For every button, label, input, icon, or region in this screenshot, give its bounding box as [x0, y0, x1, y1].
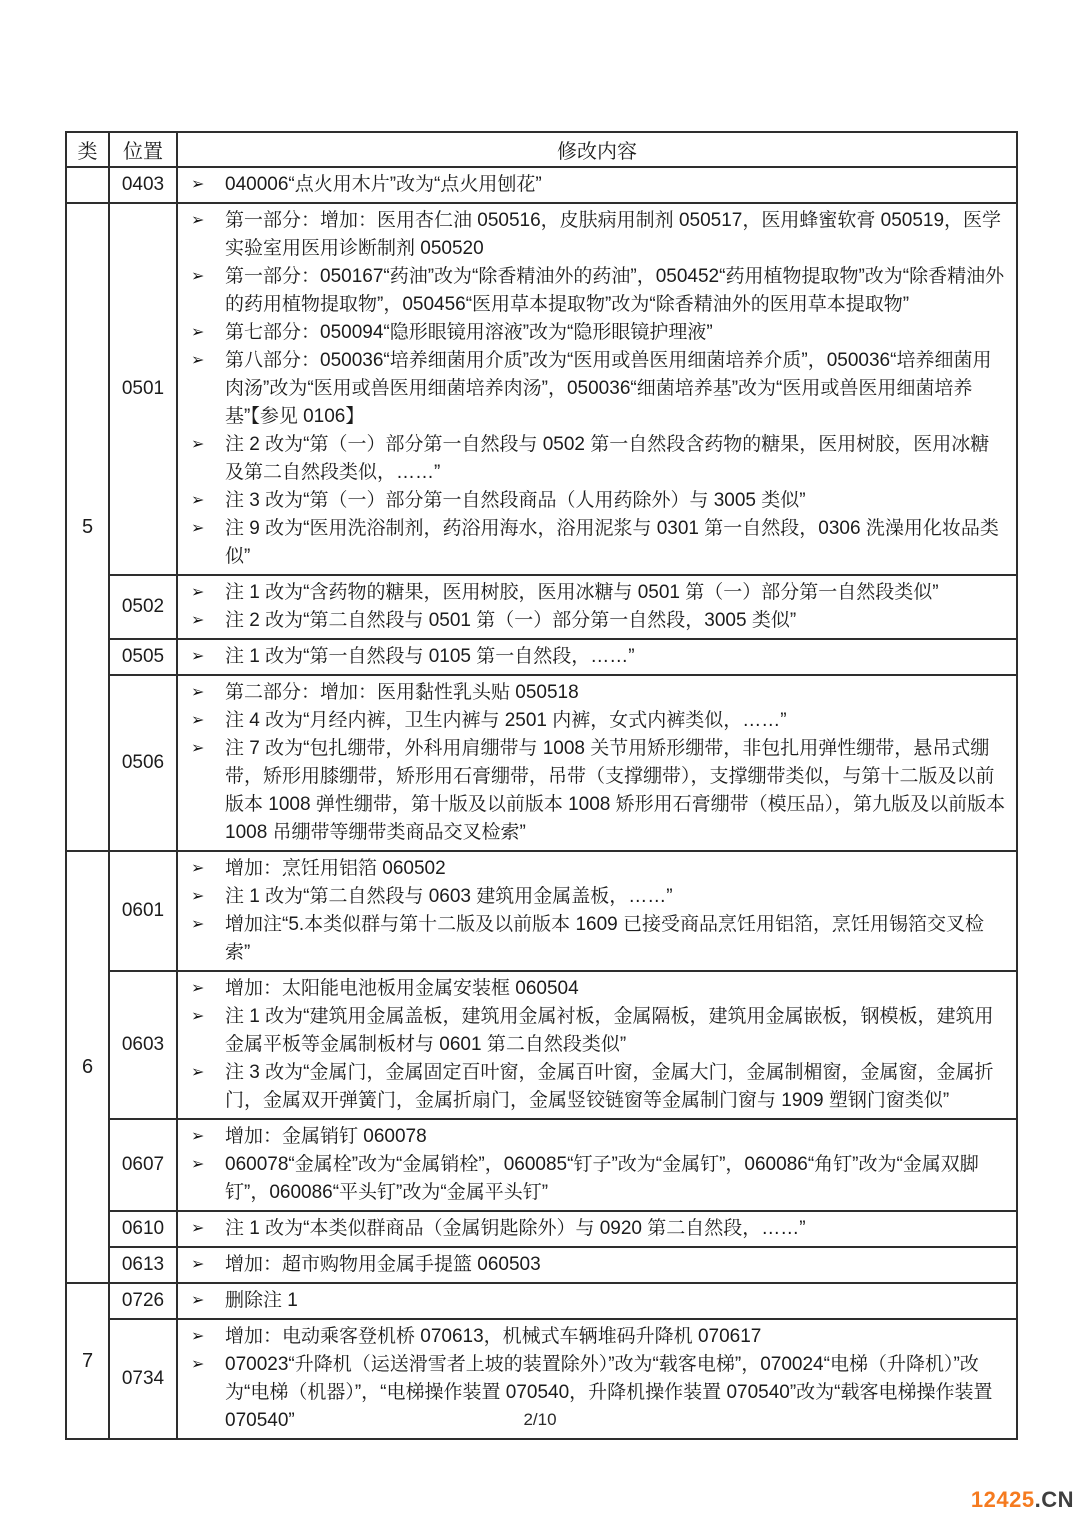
arrow-bullet-icon: ➢ [178, 431, 225, 459]
change-text: 040006“点火用木片”改为“点火用刨花” [225, 171, 1008, 199]
table-row: 50501➢第一部分：增加：医用杏仁油 050516，皮肤病用制剂 050517… [66, 203, 1017, 575]
change-item: ➢040006“点火用木片”改为“点火用刨花” [178, 171, 1008, 199]
change-item: ➢第七部分：050094“隐形眼镜用溶液”改为“隐形眼镜护理液” [178, 319, 1008, 347]
content-cell: ➢注 1 改为“本类似群商品（金属钥匙除外）与 0920 第二自然段，……” [177, 1211, 1017, 1247]
position-cell: 0613 [109, 1247, 177, 1283]
position-cell: 0603 [109, 971, 177, 1119]
change-item: ➢第一部分：增加：医用杏仁油 050516，皮肤病用制剂 050517，医用蜂蜜… [178, 207, 1008, 263]
arrow-bullet-icon: ➢ [178, 679, 225, 707]
change-item: ➢注 2 改为“第二自然段与 0501 第（一）部分第一自然段，3005 类似” [178, 607, 1008, 635]
change-text: 增加：电动乘客登机桥 070613，机械式车辆堆码升降机 070617 [225, 1323, 1008, 1351]
changes-table: 类 位置 修改内容 0403➢040006“点火用木片”改为“点火用刨花”505… [65, 131, 1018, 1440]
change-item: ➢增加：超市购物用金属手提篮 060503 [178, 1251, 1008, 1279]
header-class: 类 [66, 132, 109, 167]
change-text: 注 7 改为“包扎绷带，外科用肩绷带与 1008 关节用矫形绷带，非包扎用弹性绷… [225, 735, 1008, 847]
content-cell: ➢注 1 改为“含药物的糖果，医用树胶，医用冰糖与 0501 第（一）部分第一自… [177, 575, 1017, 639]
change-text: 注 1 改为“第二自然段与 0603 建筑用金属盖板，……” [225, 883, 1008, 911]
arrow-bullet-icon: ➢ [178, 171, 225, 199]
change-text: 注 1 改为“本类似群商品（金属钥匙除外）与 0920 第二自然段，……” [225, 1215, 1008, 1243]
position-cell: 0403 [109, 167, 177, 203]
arrow-bullet-icon: ➢ [178, 347, 225, 375]
change-text: 增加：金属销钉 060078 [225, 1123, 1008, 1151]
position-cell: 0502 [109, 575, 177, 639]
header-position: 位置 [109, 132, 177, 167]
position-cell: 0610 [109, 1211, 177, 1247]
arrow-bullet-icon: ➢ [178, 911, 225, 939]
change-text: 增加注“5.本类似群与第十二版及以前版本 1609 已接受商品烹饪用铝箔，烹饪用… [225, 911, 1008, 967]
change-text: 增加：太阳能电池板用金属安装框 060504 [225, 975, 1008, 1003]
table-row: 60601➢增加：烹饪用铝箔 060502➢注 1 改为“第二自然段与 0603… [66, 851, 1017, 971]
change-text: 第七部分：050094“隐形眼镜用溶液”改为“隐形眼镜护理液” [225, 319, 1008, 347]
position-cell: 0506 [109, 675, 177, 851]
change-item: ➢注 2 改为“第（一）部分第一自然段与 0502 第一自然段含药物的糖果，医用… [178, 431, 1008, 487]
position-cell: 0601 [109, 851, 177, 971]
change-text: 注 2 改为“第二自然段与 0501 第（一）部分第一自然段，3005 类似” [225, 607, 1008, 635]
change-item: ➢第一部分：050167“药油”改为“除香精油外的药油”，050452“药用植物… [178, 263, 1008, 319]
arrow-bullet-icon: ➢ [178, 1003, 225, 1031]
change-text: 注 2 改为“第（一）部分第一自然段与 0502 第一自然段含药物的糖果，医用树… [225, 431, 1008, 487]
change-text: 第一部分：增加：医用杏仁油 050516，皮肤病用制剂 050517，医用蜂蜜软… [225, 207, 1008, 263]
change-item: ➢注 3 改为“金属门，金属固定百叶窗，金属百叶窗，金属大门，金属制楣窗，金属窗… [178, 1059, 1008, 1115]
arrow-bullet-icon: ➢ [178, 1123, 225, 1151]
change-item: ➢增加：烹饪用铝箔 060502 [178, 855, 1008, 883]
content-cell: ➢注 1 改为“第一自然段与 0105 第一自然段，……” [177, 639, 1017, 675]
header-row: 类 位置 修改内容 [66, 132, 1017, 167]
change-text: 注 4 改为“月经内裤，卫生内裤与 2501 内裤，女式内裤类似，……” [225, 707, 1008, 735]
change-item: ➢注 1 改为“第二自然段与 0603 建筑用金属盖板，……” [178, 883, 1008, 911]
change-item: ➢第二部分：增加：医用黏性乳头贴 050518 [178, 679, 1008, 707]
table-row: 0607➢增加：金属销钉 060078➢060078“金属栓”改为“金属销栓”，… [66, 1119, 1017, 1211]
change-item: ➢第八部分：050036“培养细菌用介质”改为“医用或兽医用细菌培养介质”，05… [178, 347, 1008, 431]
arrow-bullet-icon: ➢ [178, 883, 225, 911]
table-body: 0403➢040006“点火用木片”改为“点火用刨花”50501➢第一部分：增加… [66, 167, 1017, 1439]
change-item: ➢注 1 改为“建筑用金属盖板，建筑用金属衬板，金属隔板，建筑用金属嵌板，钢模板… [178, 1003, 1008, 1059]
class-cell: 5 [66, 203, 109, 851]
arrow-bullet-icon: ➢ [178, 735, 225, 763]
content-cell: ➢增加：烹饪用铝箔 060502➢注 1 改为“第二自然段与 0603 建筑用金… [177, 851, 1017, 971]
position-cell: 0607 [109, 1119, 177, 1211]
arrow-bullet-icon: ➢ [178, 319, 225, 347]
change-item: ➢注 1 改为“本类似群商品（金属钥匙除外）与 0920 第二自然段，……” [178, 1215, 1008, 1243]
change-item: ➢注 1 改为“第一自然段与 0105 第一自然段，……” [178, 643, 1008, 671]
change-text: 第二部分：增加：医用黏性乳头贴 050518 [225, 679, 1008, 707]
change-text: 注 1 改为“建筑用金属盖板，建筑用金属衬板，金属隔板，建筑用金属嵌板，钢模板，… [225, 1003, 1008, 1059]
change-text: 删除注 1 [225, 1287, 1008, 1315]
change-text: 注 9 改为“医用洗浴制剂，药浴用海水，浴用泥浆与 0301 第一自然段，030… [225, 515, 1008, 571]
change-text: 060078“金属栓”改为“金属销栓”，060085“钉子”改为“金属钉”，06… [225, 1151, 1008, 1207]
arrow-bullet-icon: ➢ [178, 263, 225, 291]
change-item: ➢增加注“5.本类似群与第十二版及以前版本 1609 已接受商品烹饪用铝箔，烹饪… [178, 911, 1008, 967]
arrow-bullet-icon: ➢ [178, 607, 225, 635]
change-text: 增加：烹饪用铝箔 060502 [225, 855, 1008, 883]
arrow-bullet-icon: ➢ [178, 487, 225, 515]
change-text: 注 3 改为“金属门，金属固定百叶窗，金属百叶窗，金属大门，金属制楣窗，金属窗，… [225, 1059, 1008, 1115]
table-row: 0403➢040006“点火用木片”改为“点火用刨花” [66, 167, 1017, 203]
change-text: 注 1 改为“第一自然段与 0105 第一自然段，……” [225, 643, 1008, 671]
arrow-bullet-icon: ➢ [178, 207, 225, 235]
content-cell: ➢增加：太阳能电池板用金属安装框 060504➢注 1 改为“建筑用金属盖板，建… [177, 971, 1017, 1119]
content-cell: ➢增加：金属销钉 060078➢060078“金属栓”改为“金属销栓”，0600… [177, 1119, 1017, 1211]
arrow-bullet-icon: ➢ [178, 975, 225, 1003]
table-row: 0505➢注 1 改为“第一自然段与 0105 第一自然段，……” [66, 639, 1017, 675]
content-cell: ➢040006“点火用木片”改为“点火用刨花” [177, 167, 1017, 203]
change-text: 第八部分：050036“培养细菌用介质”改为“医用或兽医用细菌培养介质”，050… [225, 347, 1008, 431]
change-item: ➢注 3 改为“第（一）部分第一自然段商品（人用药除外）与 3005 类似” [178, 487, 1008, 515]
change-text: 注 3 改为“第（一）部分第一自然段商品（人用药除外）与 3005 类似” [225, 487, 1008, 515]
position-cell: 0505 [109, 639, 177, 675]
arrow-bullet-icon: ➢ [178, 1287, 225, 1315]
watermark-number: 12425 [971, 1487, 1035, 1512]
change-item: ➢增加：电动乘客登机桥 070613，机械式车辆堆码升降机 070617 [178, 1323, 1008, 1351]
arrow-bullet-icon: ➢ [178, 579, 225, 607]
class-cell: 6 [66, 851, 109, 1283]
change-text: 增加：超市购物用金属手提篮 060503 [225, 1251, 1008, 1279]
arrow-bullet-icon: ➢ [178, 1251, 225, 1279]
content-cell: ➢第一部分：增加：医用杏仁油 050516，皮肤病用制剂 050517，医用蜂蜜… [177, 203, 1017, 575]
arrow-bullet-icon: ➢ [178, 1215, 225, 1243]
table-row: 0506➢第二部分：增加：医用黏性乳头贴 050518➢注 4 改为“月经内裤，… [66, 675, 1017, 851]
arrow-bullet-icon: ➢ [178, 1323, 225, 1351]
table-row: 70726➢删除注 1 [66, 1283, 1017, 1319]
arrow-bullet-icon: ➢ [178, 1059, 225, 1087]
change-item: ➢060078“金属栓”改为“金属销栓”，060085“钉子”改为“金属钉”，0… [178, 1151, 1008, 1207]
content-cell: ➢第二部分：增加：医用黏性乳头贴 050518➢注 4 改为“月经内裤，卫生内裤… [177, 675, 1017, 851]
arrow-bullet-icon: ➢ [178, 707, 225, 735]
change-item: ➢注 4 改为“月经内裤，卫生内裤与 2501 内裤，女式内裤类似，……” [178, 707, 1008, 735]
table-row: 0502➢注 1 改为“含药物的糖果，医用树胶，医用冰糖与 0501 第（一）部… [66, 575, 1017, 639]
arrow-bullet-icon: ➢ [178, 643, 225, 671]
document-page: 类 位置 修改内容 0403➢040006“点火用木片”改为“点火用刨花”505… [0, 0, 1080, 1527]
content-cell: ➢增加：超市购物用金属手提篮 060503 [177, 1247, 1017, 1283]
class-cell [66, 167, 109, 203]
table-row: 0603➢增加：太阳能电池板用金属安装框 060504➢注 1 改为“建筑用金属… [66, 971, 1017, 1119]
change-item: ➢增加：太阳能电池板用金属安装框 060504 [178, 975, 1008, 1003]
change-item: ➢增加：金属销钉 060078 [178, 1123, 1008, 1151]
arrow-bullet-icon: ➢ [178, 1151, 225, 1179]
table-row: 0610➢注 1 改为“本类似群商品（金属钥匙除外）与 0920 第二自然段，…… [66, 1211, 1017, 1247]
arrow-bullet-icon: ➢ [178, 855, 225, 883]
change-text: 注 1 改为“含药物的糖果，医用树胶，医用冰糖与 0501 第（一）部分第一自然… [225, 579, 1008, 607]
page-number: 2/10 [0, 1410, 1080, 1430]
watermark-suffix: .CN [1035, 1487, 1074, 1512]
watermark: 12425.CN [971, 1487, 1074, 1513]
header-content: 修改内容 [177, 132, 1017, 167]
change-item: ➢删除注 1 [178, 1287, 1008, 1315]
position-cell: 0501 [109, 203, 177, 575]
position-cell: 0726 [109, 1283, 177, 1319]
content-cell: ➢删除注 1 [177, 1283, 1017, 1319]
arrow-bullet-icon: ➢ [178, 1351, 225, 1379]
change-item: ➢注 7 改为“包扎绷带，外科用肩绷带与 1008 关节用矫形绷带，非包扎用弹性… [178, 735, 1008, 847]
change-item: ➢注 1 改为“含药物的糖果，医用树胶，医用冰糖与 0501 第（一）部分第一自… [178, 579, 1008, 607]
change-item: ➢注 9 改为“医用洗浴制剂，药浴用海水，浴用泥浆与 0301 第一自然段，03… [178, 515, 1008, 571]
table-row: 0613➢增加：超市购物用金属手提篮 060503 [66, 1247, 1017, 1283]
change-text: 第一部分：050167“药油”改为“除香精油外的药油”，050452“药用植物提… [225, 263, 1008, 319]
arrow-bullet-icon: ➢ [178, 515, 225, 543]
